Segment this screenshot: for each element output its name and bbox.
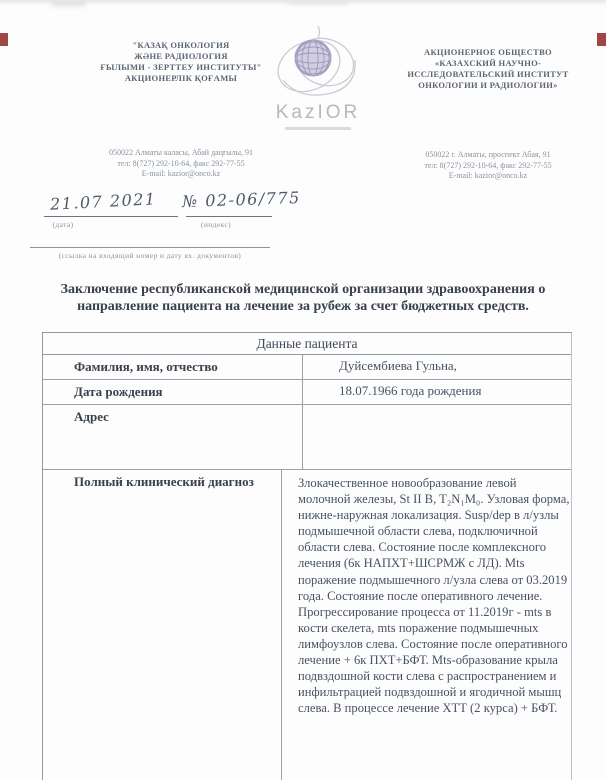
number-caption: (индекс) [185,220,247,229]
table-row-birthdate: Дата рождения 18.07.1966 года рождения [43,380,571,405]
corner-mark-right [597,33,606,46]
diagnosis-text: Злокачественное новообразование левой мо… [282,470,571,780]
row-value [303,405,571,469]
org-ru-line: АКЦИОНЕРНОЕ ОБЩЕСТВО [388,47,588,58]
incoming-ref-caption: (ссылка на входящий номер и дату вх. док… [30,251,270,260]
org-ru-line: «КАЗАХСКИЙ НАУЧНО- [388,58,588,69]
address-ru-line: E-mail: kazior@onco.kz [388,171,588,182]
number-underline [186,216,272,217]
kazior-logo: KazIOR [256,22,380,132]
handwritten-date: 21.07 2021 [50,189,157,214]
table-header: Данные пациента [43,333,571,355]
scan-artifact [52,0,86,7]
org-name-russian: АКЦИОНЕРНОЕ ОБЩЕСТВО «КАЗАХСКИЙ НАУЧНО- … [388,47,588,91]
row-label: Фамилия, имя, отчество [43,355,303,379]
row-value: Дуйсембиева Гульна, [303,355,571,379]
patient-table: Данные пациента Фамилия, имя, отчество Д… [42,332,572,780]
org-ru-line: ИССЛЕДОВАТЕЛЬСКИЙ ИНСТИТУТ [388,69,588,80]
table-row-address: Адрес [43,405,571,470]
address-ru-line: 050022 г. Алматы, проспект Абая, 91 [388,150,588,161]
address-kazakh: 050022 Алматы каласы, Абай даңғылы, 91 т… [58,148,304,180]
row-label: Полный клинический диагноз [43,470,282,780]
globe-swirl-icon [263,22,373,106]
address-kk-line: E-mail: kazior@onco.kz [58,169,304,180]
address-kk-line: тел: 8(727) 292-10-64, факс 292-77-55 [58,159,304,170]
document-title: Заключение республиканской медицинской о… [30,281,576,315]
table-row-diagnosis: Полный клинический диагноз Злокачественн… [43,470,571,780]
logo-text: KazIOR [256,102,380,124]
address-russian: 050022 г. Алматы, проспект Абая, 91 тел:… [388,150,588,182]
date-underline [44,216,178,217]
handwritten-number: № 02-06/775 [182,188,301,211]
corner-mark-left [0,33,8,46]
scanned-page: "КАЗАҚ ОНКОЛОГИЯ ЖӘНЕ РАДИОЛОГИЯ ҒЫЛЫМИ … [0,0,606,780]
row-label: Адрес [43,405,303,469]
date-caption: (дата) [33,220,93,229]
table-row-name: Фамилия, имя, отчество Дуйсембиева Гульн… [43,355,571,380]
address-kk-line: 050022 Алматы каласы, Абай даңғылы, 91 [58,148,304,159]
scan-artifact [288,0,348,5]
address-ru-line: тел: 8(727) 292-10-64, факс 292-77-55 [388,161,588,172]
row-value: 18.07.1966 года рождения [303,380,571,404]
logo-subtext-bar [285,127,351,130]
org-ru-line: ОНКОЛОГИИ И РАДИОЛОГИИ» [388,80,588,91]
incoming-ref-line [30,247,270,248]
row-label: Дата рождения [43,380,303,404]
